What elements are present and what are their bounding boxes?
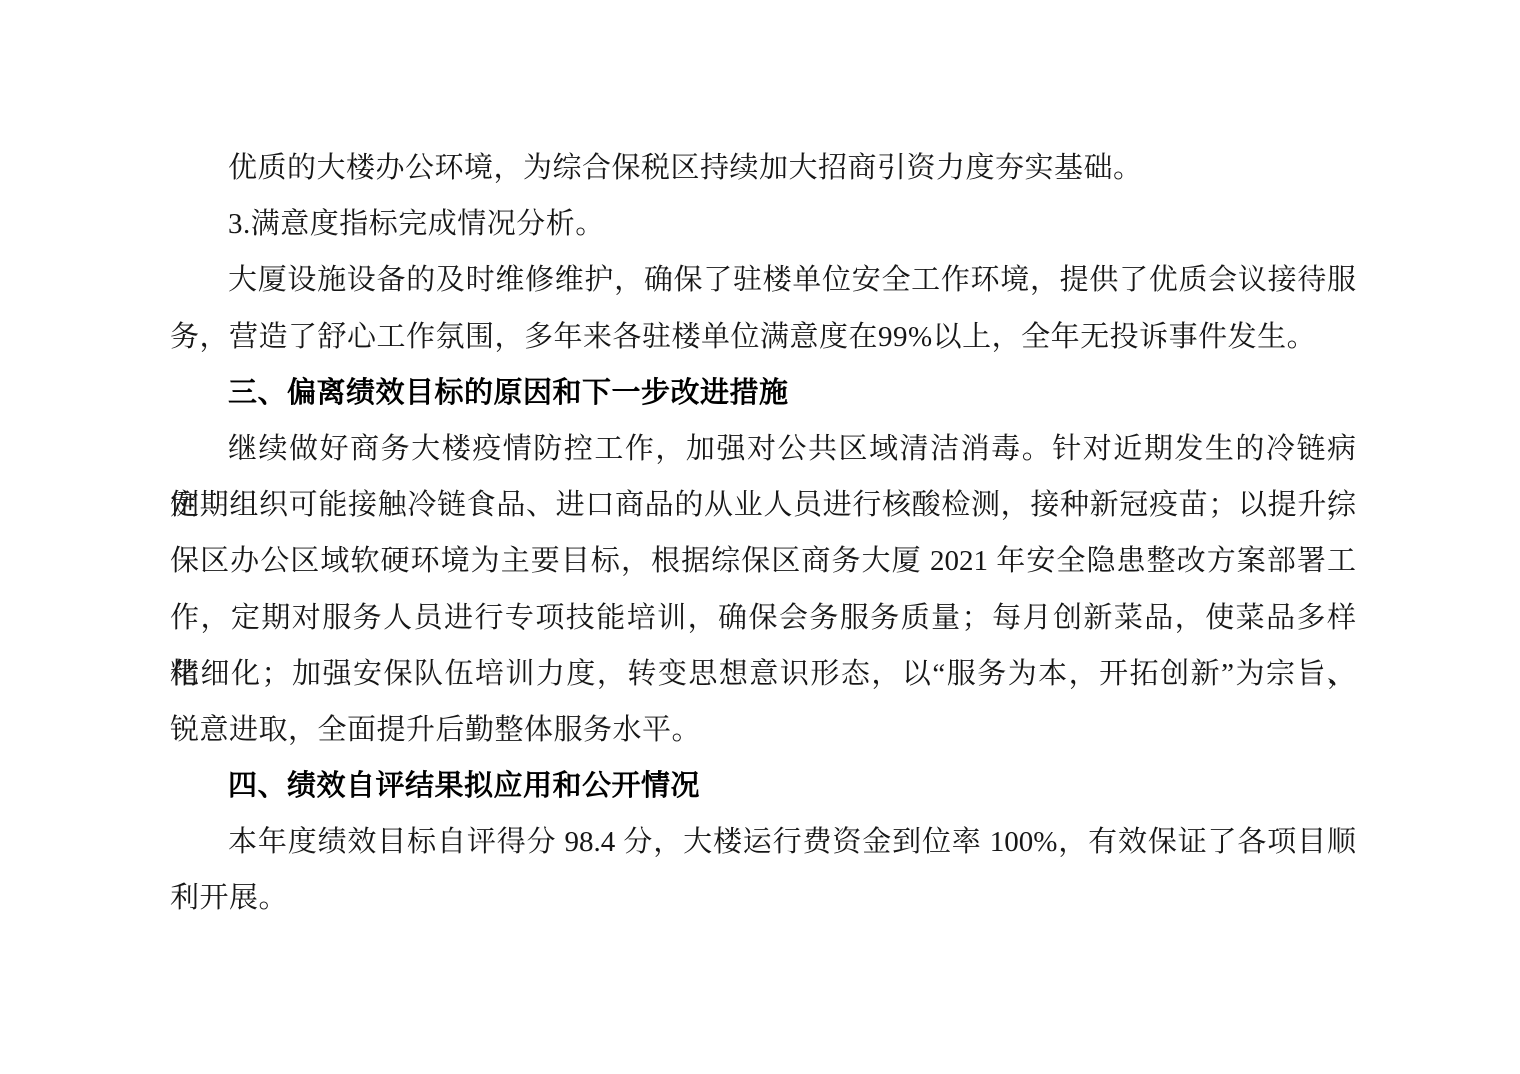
- paragraph-line: 继续做好商务大楼疫情防控工作，加强对公共区域清洁消毒。针对近期发生的冷链病例，: [170, 421, 1356, 477]
- section-heading-3: 三、偏离绩效目标的原因和下一步改进措施: [170, 365, 1356, 421]
- paragraph-line: 保区办公区域软硬环境为主要目标，根据综保区商务大厦 2021 年安全隐患整改方案…: [170, 533, 1356, 589]
- paragraph-line: 定期组织可能接触冷链食品、进口商品的从业人员进行核酸检测，接种新冠疫苗；以提升综: [170, 477, 1356, 533]
- paragraph-line: 锐意进取，全面提升后勤整体服务水平。: [170, 702, 1356, 758]
- subsection-heading-line: 3.满意度指标完成情况分析。: [170, 196, 1356, 252]
- paragraph-line: 利开展。: [170, 870, 1356, 926]
- paragraph-line: 本年度绩效目标自评得分 98.4 分，大楼运行费资金到位率 100%，有效保证了…: [170, 814, 1356, 870]
- document-page: 优质的大楼办公环境，为综合保税区持续加大招商引资力度夯实基础。 3.满意度指标完…: [0, 0, 1520, 1074]
- section-heading-4: 四、绩效自评结果拟应用和公开情况: [170, 758, 1356, 814]
- document-text-block: 优质的大楼办公环境，为综合保税区持续加大招商引资力度夯实基础。 3.满意度指标完…: [170, 140, 1356, 927]
- paragraph-line: 作，定期对服务人员进行专项技能培训，确保会务服务质量；每月创新菜品，使菜品多样化…: [170, 590, 1356, 646]
- paragraph-line: 务，营造了舒心工作氛围，多年来各驻楼单位满意度在99%以上，全年无投诉事件发生。: [170, 309, 1356, 365]
- paragraph-line: 优质的大楼办公环境，为综合保税区持续加大招商引资力度夯实基础。: [170, 140, 1356, 196]
- paragraph-line: 大厦设施设备的及时维修维护，确保了驻楼单位安全工作环境，提供了优质会议接待服: [170, 252, 1356, 308]
- paragraph-line: 精细化；加强安保队伍培训力度，转变思想意识形态，以“服务为本，开拓创新”为宗旨，: [170, 646, 1356, 702]
